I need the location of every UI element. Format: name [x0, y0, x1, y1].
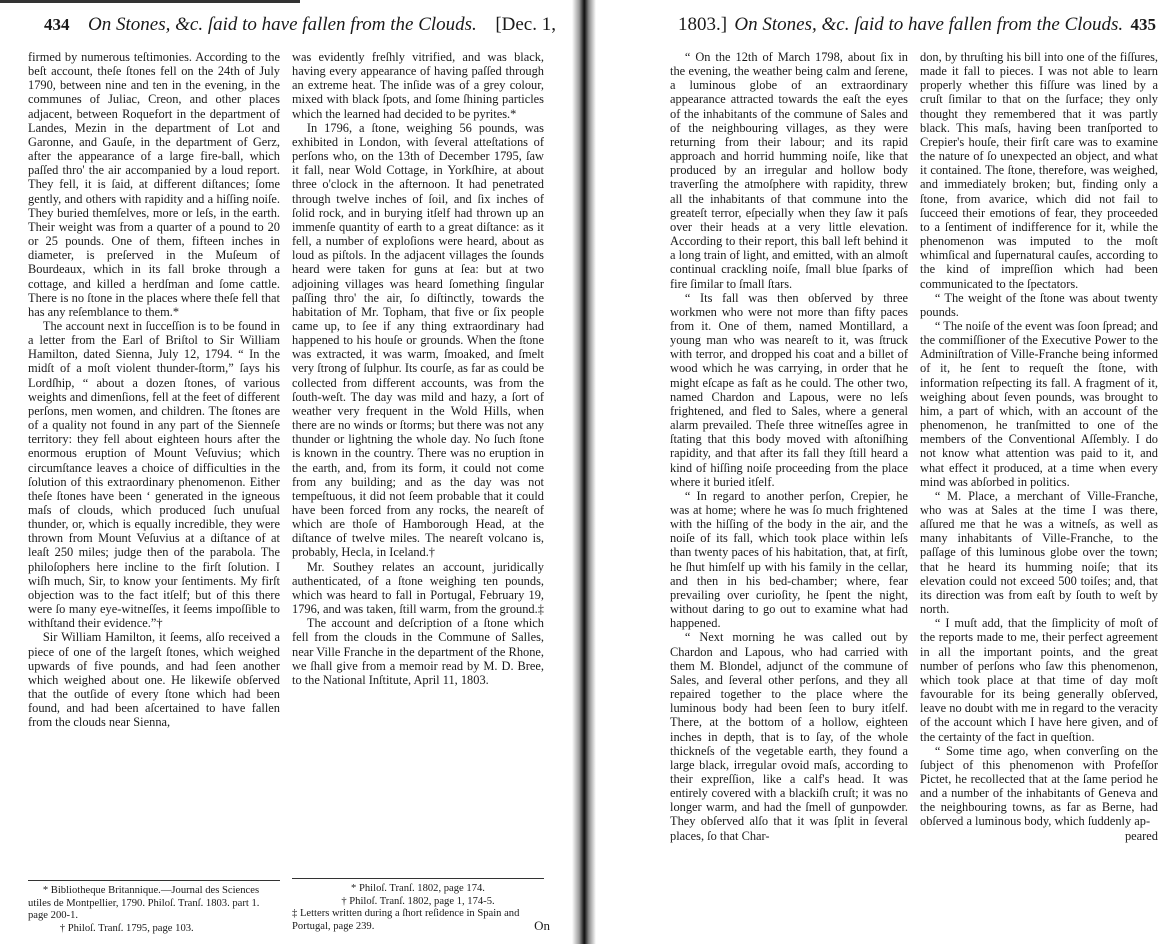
paragraph: Mr. Southey relates an account, juridica…	[292, 560, 544, 617]
running-title-left: On Stones, &c. ſaid to have fallen from …	[70, 14, 496, 36]
left-footnotes-b: * Philoſ. Tranſ. 1802, page 174. † Philo…	[292, 872, 544, 933]
paragraph: In 1796, a ſtone, weighing 56 pounds, wa…	[292, 121, 544, 560]
paragraph: “ Its fall was then obſerved by three wo…	[670, 291, 908, 489]
paragraph: “ Some time ago, when converſing on the …	[920, 744, 1158, 829]
paragraph: “ The noiſe of the event was ſoon ſpread…	[920, 319, 1158, 489]
footnote: * Bibliotheque Britannique.—Journal des …	[28, 885, 280, 923]
left-running-head: 434 On Stones, &c. ſaid to have fallen f…	[44, 14, 556, 40]
paragraph: “ In regard to another perſon, Crepier, …	[670, 489, 908, 631]
paragraph: “ The weight of the ſtone was about twen…	[920, 291, 1158, 319]
paragraph: firmed by numerous teſtimonies. Accordin…	[28, 50, 280, 319]
paragraph: “ M. Place, a merchant of Ville-Franche,…	[920, 489, 1158, 616]
book-gutter	[572, 0, 596, 944]
right-column-b: don, by thruſting his bill into one of t…	[920, 50, 1158, 843]
footnote-rule	[28, 880, 280, 881]
paragraph: was evidently freſhly vitrified, and was…	[292, 50, 544, 121]
running-date-left: [Dec. 1,	[495, 14, 556, 36]
footnote: † Philoſ. Tranſ. 1795, page 103.	[28, 923, 280, 936]
right-page: 1803.] On Stones, &c. ſaid to have falle…	[596, 0, 1176, 944]
paragraph: Sir William Hamilton, it ſeems, alſo rec…	[28, 630, 280, 729]
left-page: 434 On Stones, &c. ſaid to have fallen f…	[0, 0, 572, 944]
paragraph: The account and deſcription of a ſtone w…	[292, 616, 544, 687]
catchword-right: peared	[920, 829, 1158, 843]
footnote-rule	[292, 878, 544, 879]
page-number-right: 435	[1131, 15, 1157, 35]
page-number-left: 434	[44, 15, 70, 35]
paragraph: The account next in ſucceſſion is to be …	[28, 319, 280, 630]
left-column-a: firmed by numerous teſtimonies. Accordin…	[28, 50, 280, 730]
running-year-right: 1803.]	[678, 14, 727, 36]
paragraph: “ I muſt add, that the ſimplicity of moſ…	[920, 616, 1158, 743]
left-column-b: was evidently freſhly vitrified, and was…	[292, 50, 544, 687]
right-running-head: 1803.] On Stones, &c. ſaid to have falle…	[678, 14, 1156, 40]
paragraph: “ On the 12th of March 1798, about ſix i…	[670, 50, 908, 291]
footnote: * Philoſ. Tranſ. 1802, page 174.	[292, 883, 544, 896]
paragraph: “ Next morning he was called out by Char…	[670, 630, 908, 842]
catchword-left: On	[534, 918, 550, 934]
right-column-a: “ On the 12th of March 1798, about ſix i…	[670, 50, 908, 843]
footnote: ‡ Letters written during a ſhort reſiden…	[292, 908, 544, 933]
left-footnotes-a: * Bibliotheque Britannique.—Journal des …	[28, 874, 280, 935]
running-title-right: On Stones, &c. ſaid to have fallen from …	[727, 14, 1130, 36]
paragraph: don, by thruſting his bill into one of t…	[920, 50, 1158, 291]
footnote: † Philoſ. Tranſ. 1802, page 1, 174-5.	[292, 896, 544, 909]
